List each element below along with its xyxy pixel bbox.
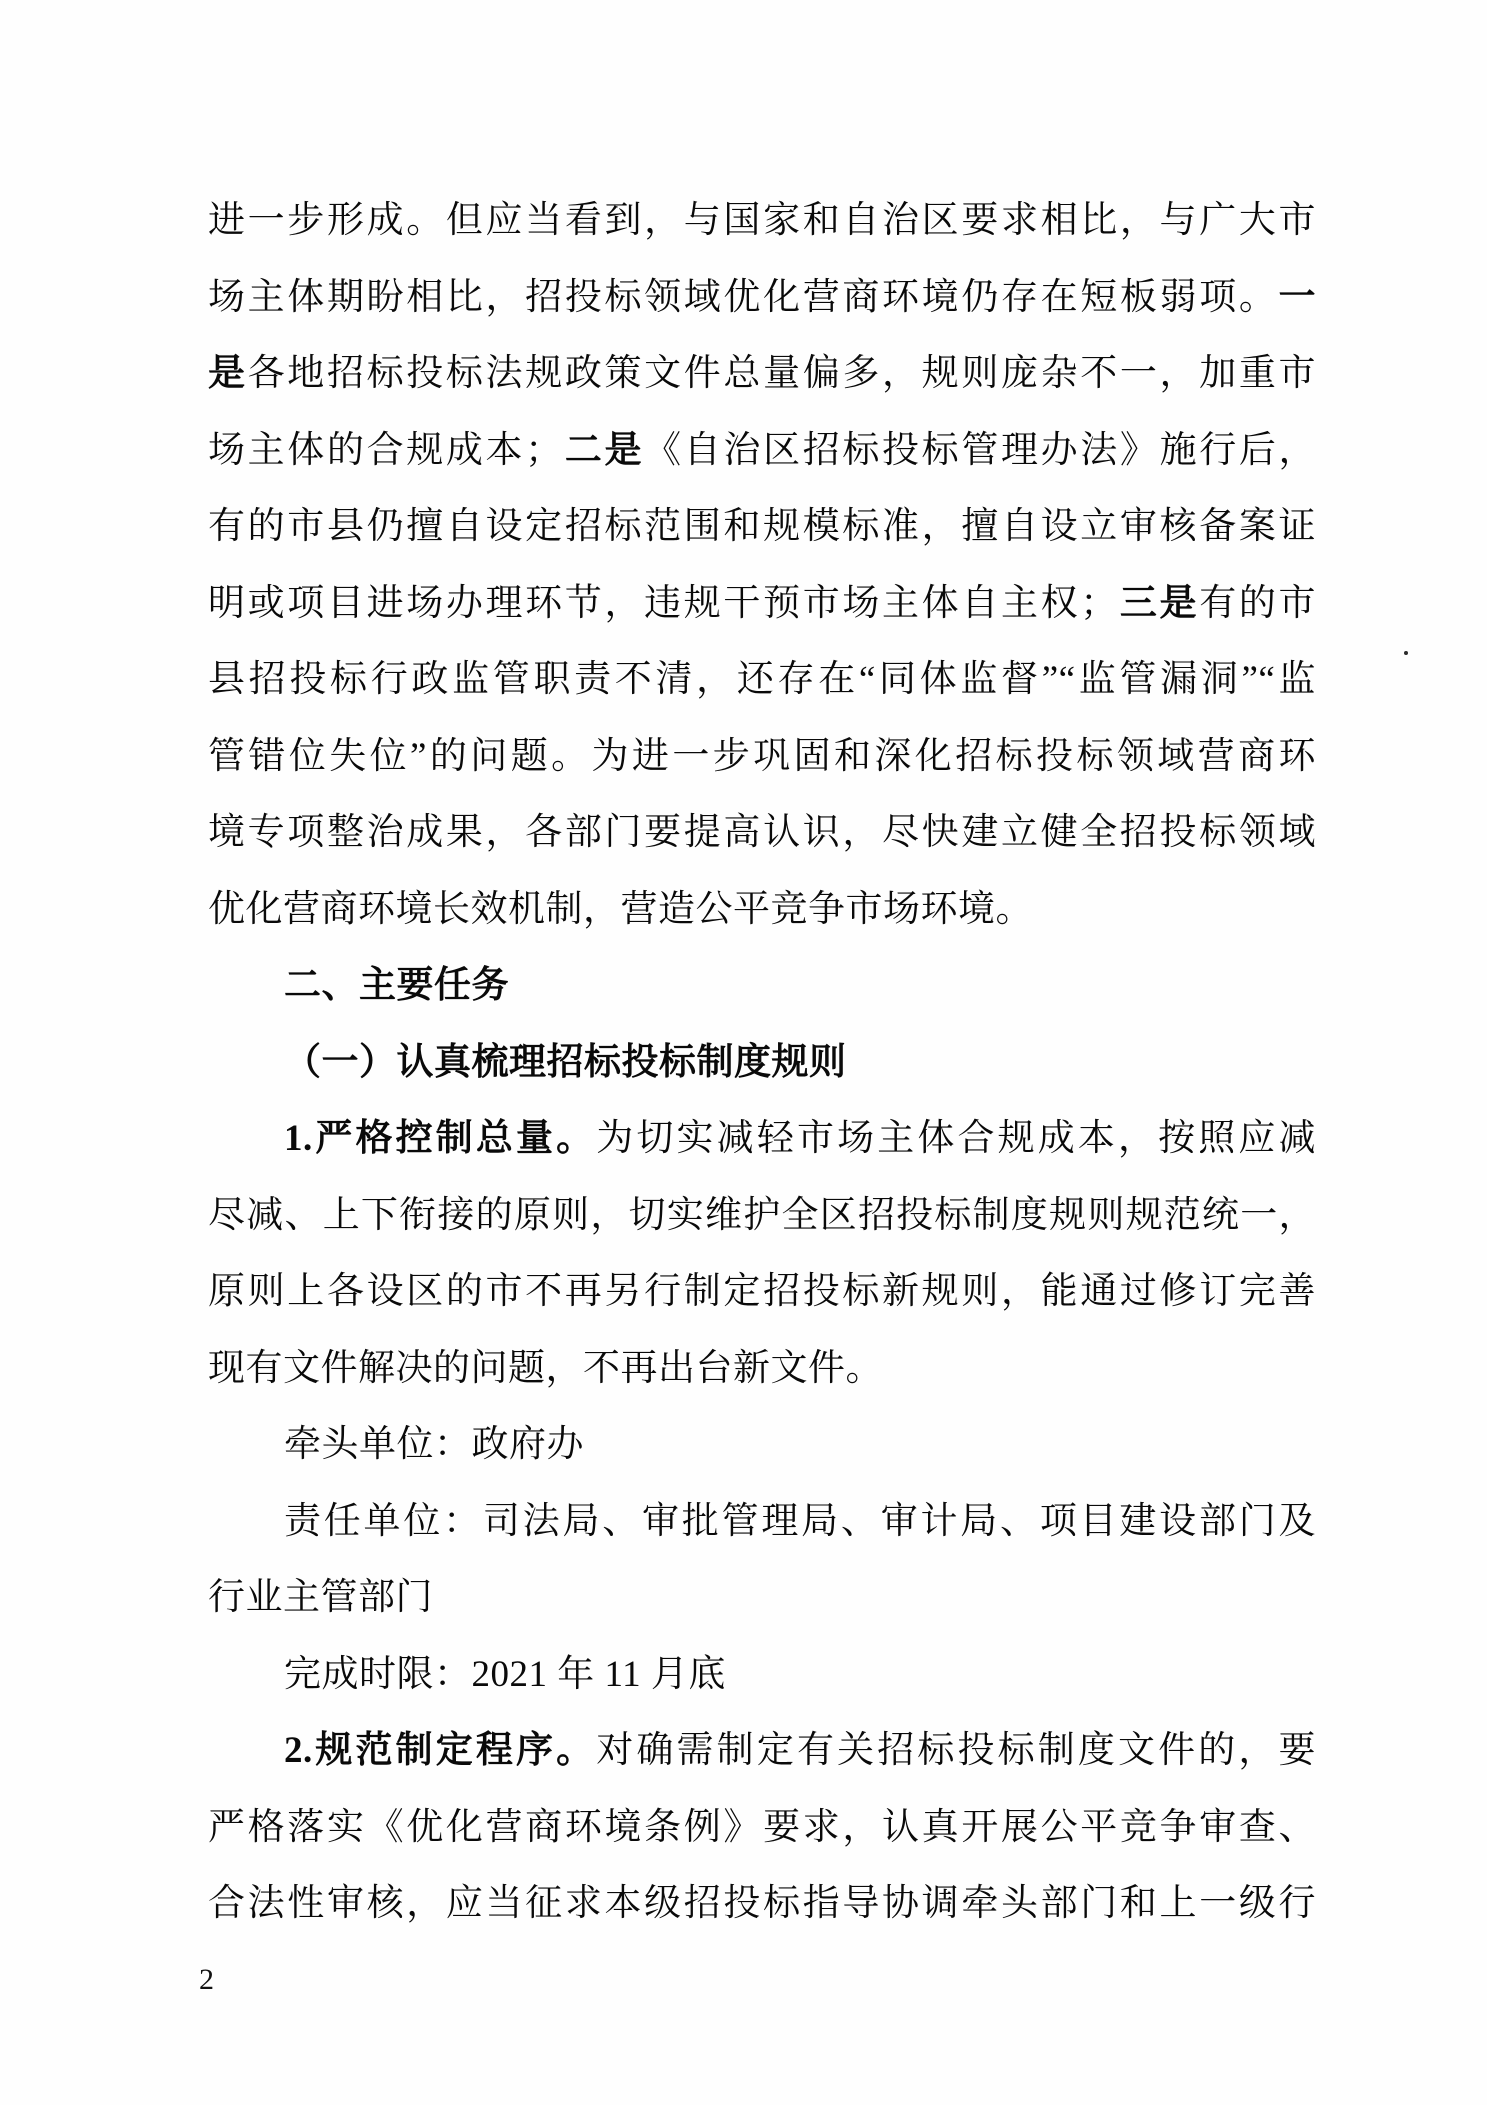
bold-text-run: 二是 xyxy=(563,430,644,471)
text-run: 为切实减轻市场主体合规成本，按照应减 xyxy=(596,1118,1316,1159)
bold-text-run: 三是 xyxy=(1118,583,1199,624)
text-run: 责任单位：司法局、审批管理局、审计局、项目建设部门及 xyxy=(284,1501,1316,1542)
text-run: 境专项整治成果，各部门要提高认识，尽快建立健全招投标领域 xyxy=(208,812,1316,853)
text-line: 责任单位：司法局、审批管理局、审计局、项目建设部门及 xyxy=(208,1484,1316,1561)
text-line: 管错位失位”的问题。为进一步巩固和深化招标投标领域营商环 xyxy=(208,719,1316,796)
text-run: 现有文件解决的问题，不再出台新文件。 xyxy=(208,1348,883,1389)
text-run: 明或项目进场办理环节，违规干预市场主体自主权； xyxy=(208,583,1118,624)
text-line: 明或项目进场办理环节，违规干预市场主体自主权；三是有的市 xyxy=(208,566,1316,643)
scan-artifact-speck xyxy=(1404,651,1408,655)
text-line: 尽减、上下衔接的原则，切实维护全区招投标制度规则规范统一， xyxy=(208,1178,1316,1255)
document-body: 进一步形成。但应当看到，与国家和自治区要求相比，与广大市场主体期盼相比，招投标领… xyxy=(208,183,1316,1943)
text-line: 1.严格控制总量。为切实减轻市场主体合规成本，按照应减 xyxy=(208,1101,1316,1178)
text-line: 牵头单位：政府办 xyxy=(208,1407,1316,1484)
text-run: 牵头单位：政府办 xyxy=(284,1424,584,1465)
text-line: 是各地招标投标法规政策文件总量偏多，规则庞杂不一，加重市 xyxy=(208,336,1316,413)
text-line: 现有文件解决的问题，不再出台新文件。 xyxy=(208,1331,1316,1408)
text-line: 进一步形成。但应当看到，与国家和自治区要求相比，与广大市 xyxy=(208,183,1316,260)
text-run: 场主体期盼相比，招投标领域优化营商环境仍存在短板弱项。 xyxy=(208,277,1279,318)
text-line: 完成时限：2021 年 11 月底 xyxy=(208,1637,1316,1714)
bold-text-run: 一 xyxy=(1279,277,1317,318)
page-number: 2 xyxy=(199,1962,214,1998)
text-run: 各地招标投标法规政策文件总量偏多，规则庞杂不一，加重市 xyxy=(248,353,1316,394)
text-run: 严格落实《优化营商环境条例》要求，认真开展公平竞争审查、 xyxy=(208,1807,1316,1848)
text-run: 有的市 xyxy=(1199,583,1316,624)
text-line: 严格落实《优化营商环境条例》要求，认真开展公平竞争审查、 xyxy=(208,1790,1316,1867)
bold-text-run: 2.规范制定程序。 xyxy=(284,1730,596,1771)
text-run: 尽减、上下衔接的原则，切实维护全区招投标制度规则规范统一， xyxy=(208,1195,1316,1236)
text-line: 二、主要任务 xyxy=(208,948,1316,1025)
text-run: 县招投标行政监管职责不清，还存在“同体监督”“监管漏洞”“监 xyxy=(208,659,1316,700)
text-run: 进一步形成。但应当看到，与国家和自治区要求相比，与广大市 xyxy=(208,200,1316,241)
text-run: 完成时限：2021 年 11 月底 xyxy=(284,1654,726,1695)
text-line: 境专项整治成果，各部门要提高认识，尽快建立健全招投标领域 xyxy=(208,795,1316,872)
bold-text-run: 1.严格控制总量。 xyxy=(284,1118,596,1159)
text-run: 《自治区招标投标管理办法》施行后， xyxy=(644,430,1316,471)
bold-text-run: （一）认真梳理招标投标制度规则 xyxy=(284,1042,847,1083)
text-run: 场主体的合规成本； xyxy=(208,430,563,471)
text-line: 原则上各设区的市不再另行制定招投标新规则，能通过修订完善 xyxy=(208,1254,1316,1331)
text-line: 2.规范制定程序。对确需制定有关招标投标制度文件的，要 xyxy=(208,1713,1316,1790)
text-run: 有的市县仍擅自设定招标范围和规模标准，擅自设立审核备案证 xyxy=(208,506,1316,547)
text-line: 场主体的合规成本；二是《自治区招标投标管理办法》施行后， xyxy=(208,413,1316,490)
text-line: 行业主管部门 xyxy=(208,1560,1316,1637)
text-run: 对确需制定有关招标投标制度文件的，要 xyxy=(596,1730,1316,1771)
text-line: （一）认真梳理招标投标制度规则 xyxy=(208,1025,1316,1102)
text-line: 县招投标行政监管职责不清，还存在“同体监督”“监管漏洞”“监 xyxy=(208,642,1316,719)
text-run: 优化营商环境长效机制，营造公平竞争市场环境。 xyxy=(208,889,1033,930)
text-run: 行业主管部门 xyxy=(208,1577,433,1618)
text-line: 有的市县仍擅自设定招标范围和规模标准，擅自设立审核备案证 xyxy=(208,489,1316,566)
text-run: 原则上各设区的市不再另行制定招投标新规则，能通过修订完善 xyxy=(208,1271,1316,1312)
text-run: 合法性审核，应当征求本级招投标指导协调牵头部门和上一级行 xyxy=(208,1883,1316,1924)
bold-text-run: 二、主要任务 xyxy=(284,965,509,1006)
text-line: 合法性审核，应当征求本级招投标指导协调牵头部门和上一级行 xyxy=(208,1866,1316,1943)
bold-text-run: 是 xyxy=(208,353,248,394)
text-run: 管错位失位”的问题。为进一步巩固和深化招标投标领域营商环 xyxy=(208,736,1316,777)
document-page: 进一步形成。但应当看到，与国家和自治区要求相比，与广大市场主体期盼相比，招投标领… xyxy=(0,0,1487,2105)
text-line: 场主体期盼相比，招投标领域优化营商环境仍存在短板弱项。一 xyxy=(208,260,1316,337)
text-line: 优化营商环境长效机制，营造公平竞争市场环境。 xyxy=(208,872,1316,949)
